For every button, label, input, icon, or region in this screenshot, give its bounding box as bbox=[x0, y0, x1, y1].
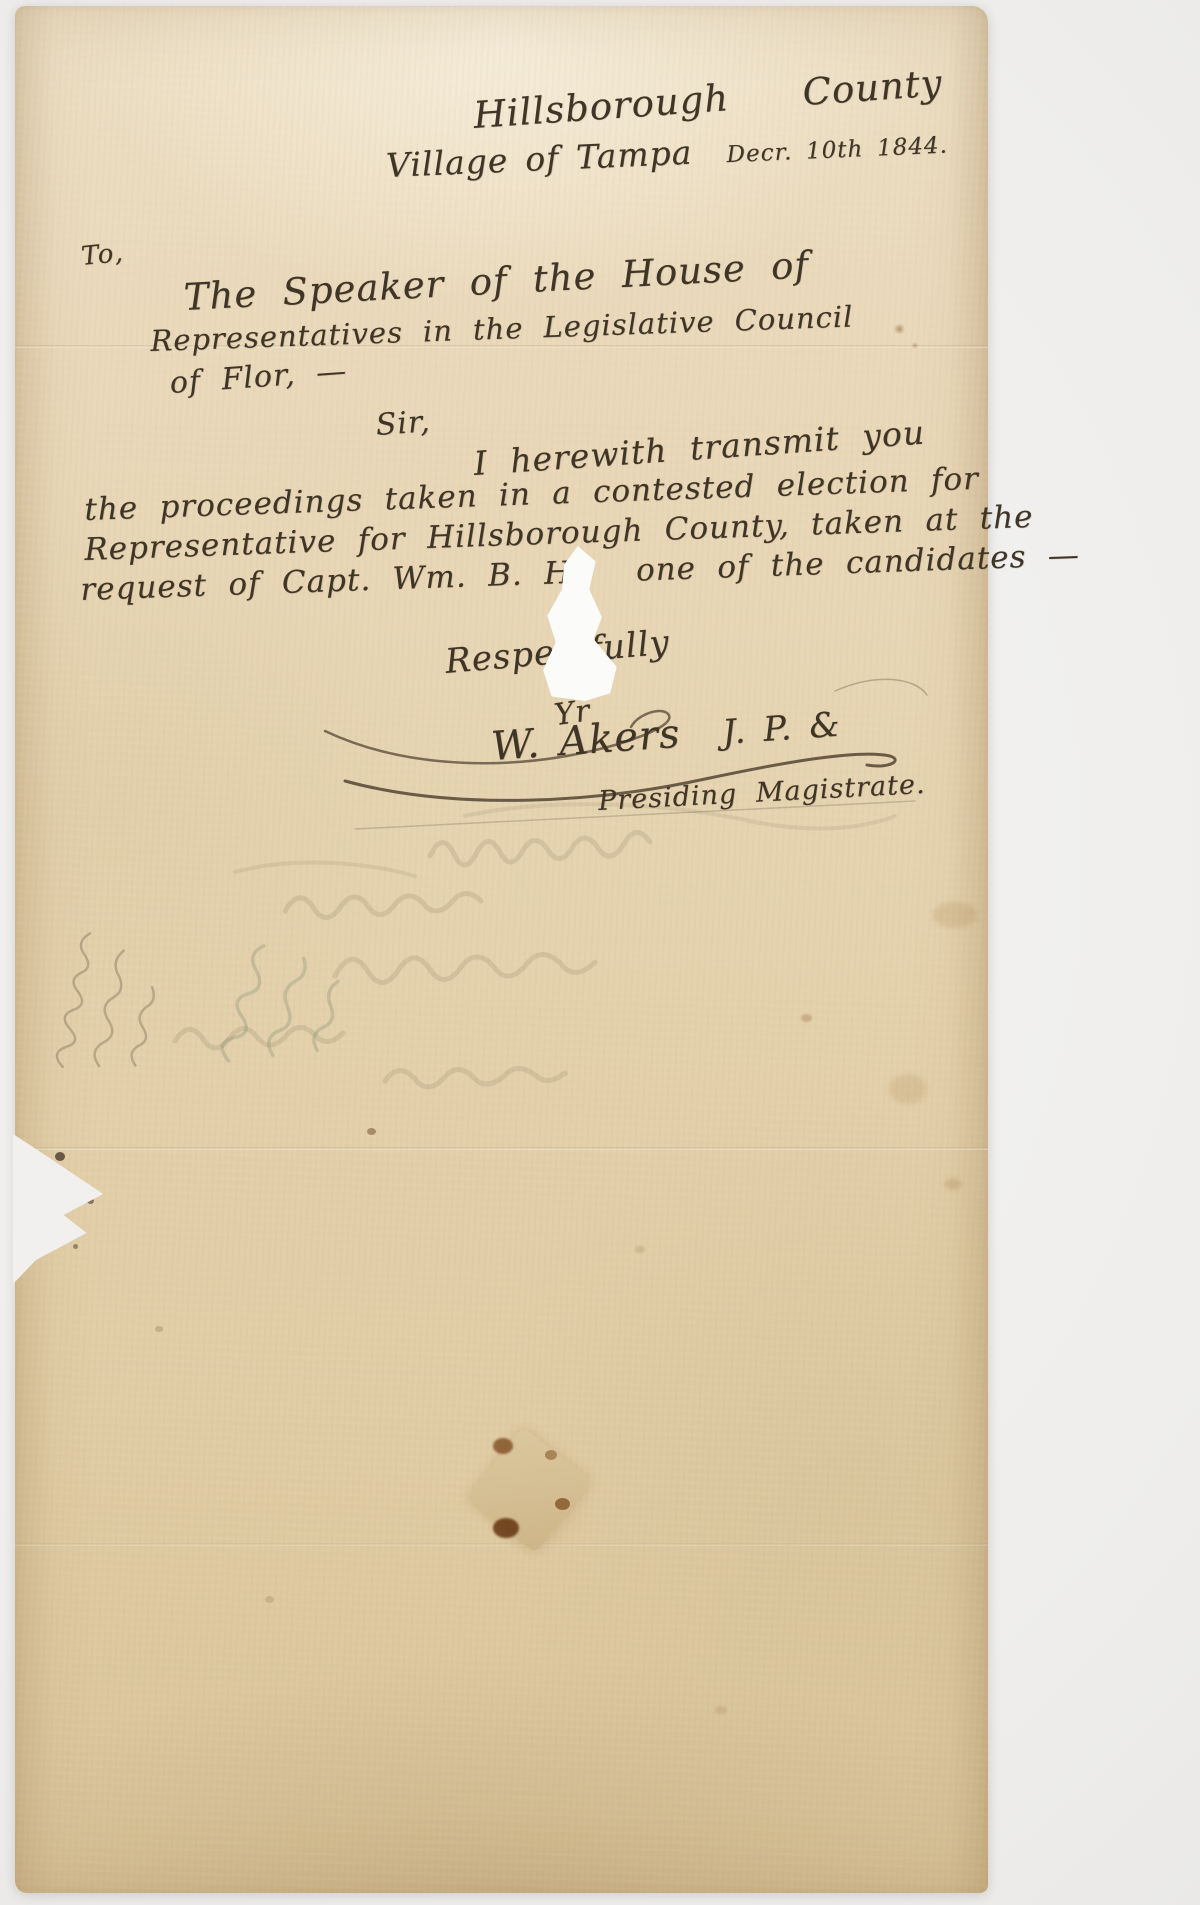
date-line: Village of Tampa Decr. 10th 1844. bbox=[385, 122, 948, 185]
stain-spot bbox=[545, 1450, 557, 1460]
stain-spot bbox=[889, 1074, 927, 1104]
stain-spot bbox=[73, 1244, 78, 1249]
fold-crease bbox=[15, 1147, 988, 1150]
stain-spot bbox=[801, 1014, 812, 1022]
village-name: Village of Tampa bbox=[385, 133, 693, 185]
stain-spot bbox=[945, 1178, 961, 1190]
stain-spot bbox=[493, 1438, 513, 1454]
paper-sheet: Hillsborough County Village of Tampa Dec… bbox=[15, 6, 988, 1893]
letter-date: Decr. 10th 1844. bbox=[726, 133, 948, 169]
stain-spot bbox=[265, 1596, 274, 1603]
stain-spot bbox=[715, 1706, 727, 1714]
county-word: County bbox=[801, 61, 944, 114]
signature-suffix: J. P. & bbox=[721, 705, 842, 753]
stain-spot bbox=[555, 1498, 570, 1510]
stain-spot bbox=[55, 1152, 65, 1161]
stain-spot bbox=[155, 1326, 163, 1332]
photo-background: Hillsborough County Village of Tampa Dec… bbox=[0, 0, 1200, 1905]
to-label: To, bbox=[80, 238, 125, 272]
stain-spot bbox=[933, 902, 977, 928]
stain-spot bbox=[367, 1128, 376, 1135]
stain-spot bbox=[493, 1518, 519, 1538]
stain-spot bbox=[635, 1246, 645, 1253]
addressee-line-3: of Flor, — bbox=[169, 354, 349, 401]
bleedthrough-pencil-left bbox=[43, 806, 183, 1106]
salutation: Sir, bbox=[375, 404, 432, 443]
stain-spot bbox=[893, 324, 906, 334]
place-name: Hillsborough bbox=[472, 76, 730, 137]
stain-spot bbox=[911, 342, 919, 349]
